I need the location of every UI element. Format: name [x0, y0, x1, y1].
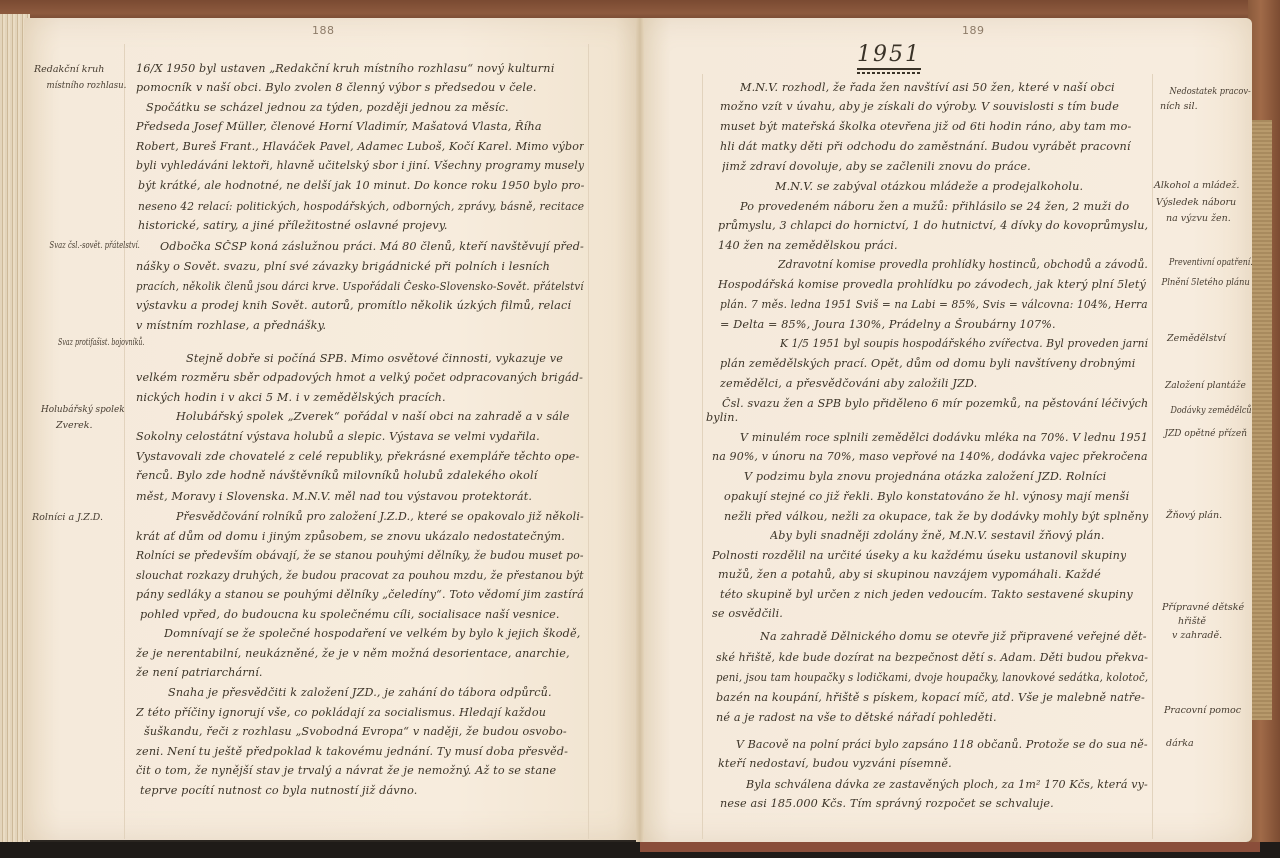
- handwritten-line: = Delta = 85%, Joura 130%, Prádelny a Šr…: [720, 318, 1056, 331]
- margin-note: na výzvu žen.: [1166, 213, 1231, 224]
- handwritten-line: M.N.V. rozhodl, že řada žen navštíví asi…: [740, 81, 1115, 94]
- margin-note: Plnění 5letého plánu: [1162, 277, 1250, 288]
- margin-note: Svaz čsl.-sovět. přátelství.: [50, 240, 140, 251]
- handwritten-line: kteří nedostaví, budou vyzváni písemně.: [718, 757, 952, 770]
- left-margin-rule: [124, 44, 125, 839]
- year-heading: 1951: [857, 42, 921, 70]
- margin-note: hřiště: [1178, 616, 1206, 627]
- handwritten-line: Z této příčiny ignorují vše, co pokládaj…: [136, 706, 546, 719]
- handwritten-line: Hospodářská komise provedla prohlídku po…: [718, 278, 1146, 291]
- margin-note: Rolníci a J.Z.D.: [32, 512, 103, 523]
- handwritten-line: Holubářský spolek „Zverek“ pořádal v naš…: [176, 410, 570, 423]
- margin-note: dárka: [1166, 738, 1194, 749]
- handwritten-line: neseno 42 relací: politických, hospodářs…: [138, 200, 584, 213]
- margin-note: Holubářský spolek: [41, 404, 125, 415]
- handwritten-line: šuškandu, řeči z rozhlasu „Svobodná Evro…: [144, 725, 567, 738]
- handwritten-line: mužů, žen a potahů, aby si skupinou navz…: [718, 568, 1101, 581]
- margin-note: v zahradě.: [1172, 630, 1222, 641]
- handwritten-line: Odbočka SČSP koná záslužnou práci. Má 80…: [160, 240, 584, 253]
- handwritten-line: Robert, Bureš Frant., Hlaváček Pavel, Ad…: [136, 140, 584, 153]
- margin-note: Alkohol a mládež.: [1154, 180, 1239, 191]
- handwritten-line: Přesvědčování rolníků pro založení J.Z.D…: [176, 510, 584, 523]
- handwritten-line: M.N.V. se zabýval otázkou mládeže a prod…: [775, 180, 1083, 193]
- margin-note: Založení plantáže: [1165, 380, 1246, 391]
- handwritten-line: pohled vpřed, do budoucna ku společnému …: [140, 608, 560, 621]
- handwritten-line: nese asi 185.000 Kčs. Tím správný rozpoč…: [720, 797, 1054, 810]
- right-left-rule: [702, 74, 703, 839]
- margin-note: Zemědělství: [1167, 333, 1226, 344]
- margin-note: Redakční kruh: [34, 64, 104, 75]
- handwritten-line: průmyslu, 3 chlapci do hornictví, 1 do h…: [718, 219, 1148, 232]
- handwritten-line: možno vzít v úvahu, aby je získali do vý…: [720, 100, 1119, 113]
- handwritten-line: historické, satiry, a jiné příležitostné…: [138, 219, 448, 232]
- handwritten-line: Na zahradě Dělnického domu se otevře již…: [760, 630, 1147, 643]
- handwritten-line: 140 žen na zemědělskou práci.: [718, 239, 898, 252]
- handwritten-line: krát ať dům od domu i jiným způsobem, se…: [136, 530, 565, 543]
- handwritten-line: že není patriarchární.: [136, 666, 263, 679]
- handwritten-line: řenců. Bylo zde hodně návštěvníků milovn…: [136, 469, 538, 482]
- handwritten-line: Vystavovali zde chovatelé z celé republi…: [136, 450, 579, 463]
- right-margin-rule: [1152, 74, 1153, 839]
- margin-note: Žňový plán.: [1166, 510, 1222, 521]
- handwritten-line: V podzimu byla znovu projednána otázka z…: [744, 470, 1106, 483]
- handwritten-line: V minulém roce splnili zemědělci dodávku…: [740, 431, 1148, 444]
- handwritten-line: byli vyhledáváni lektoři, hlavně učitels…: [136, 159, 584, 172]
- handwritten-line: nežli před válkou, nežli za okupace, tak…: [724, 510, 1148, 523]
- handwritten-line: Polnosti rozdělil na určité úseky a ku k…: [712, 549, 1126, 562]
- margin-note: Preventivní opatření.: [1169, 257, 1253, 268]
- margin-note: JZD opětné přízeň: [1164, 428, 1246, 439]
- handwritten-line: této skupině byl určen z nich jeden vedo…: [720, 588, 1133, 601]
- handwritten-line: plán zemědělských prací. Opět, dům od do…: [720, 357, 1136, 370]
- margin-note: Zverek.: [56, 420, 93, 431]
- handwritten-line: né a je radost na vše to dětské nářadí p…: [716, 711, 997, 724]
- handwritten-line: Aby byli snadněji zdolány žně, M.N.V. se…: [770, 529, 1105, 542]
- handwritten-line: bylin.: [706, 411, 738, 424]
- page-number-right: 189: [962, 24, 985, 37]
- handwritten-line: že je nerentabilní, neukázněné, že je v …: [136, 647, 570, 660]
- margin-note: Pracovní pomoc: [1164, 705, 1241, 716]
- handwritten-line: Čsl. svazu žen a SPB bylo přiděleno 6 mí…: [722, 397, 1148, 410]
- handwritten-line: Zdravotní komise provedla prohlídky host…: [778, 258, 1148, 271]
- handwritten-line: na 90%, v únoru na 70%, maso vepřové na …: [712, 450, 1148, 463]
- handwritten-line: Spočátku se scházel jednou za týden, poz…: [146, 101, 509, 114]
- handwritten-line: v místním rozhlase, a přednášky.: [136, 319, 326, 332]
- handwritten-line: peni, jsou tam houpačky s lodičkami, dvo…: [716, 671, 1148, 684]
- handwritten-line: K 1/5 1951 byl soupis hospodářského zvíř…: [780, 337, 1148, 350]
- handwritten-line: Sokolny celostátní výstava holubů a slep…: [136, 430, 540, 443]
- handwritten-line: plán. 7 měs. ledna 1951 Sviš = na Labi =…: [720, 298, 1148, 311]
- margin-note: Nedostatek pracov-: [1170, 86, 1251, 97]
- book-cover-bottom: [0, 842, 1280, 858]
- handwritten-line: pány sedláky a stanou se pouhými dělníky…: [136, 588, 584, 601]
- book-cover-right: [1248, 0, 1280, 858]
- cloth-binding: [1250, 120, 1272, 720]
- handwritten-line: čit o tom, že nynější stav je trvalý a n…: [136, 764, 556, 777]
- handwritten-line: teprve pocítí nutnost co byla nutností j…: [140, 784, 418, 797]
- handwritten-line: 16/X 1950 byl ustaven „Redakční kruh mís…: [136, 62, 554, 75]
- handwritten-line: zemědělci, a přesvědčováni aby založili …: [720, 377, 977, 390]
- margin-note: místního rozhlasu.: [46, 80, 126, 91]
- handwritten-line: pomocník v naší obci. Bylo zvolen 8 člen…: [136, 81, 537, 94]
- margin-note: Přípravné dětské: [1162, 602, 1244, 613]
- book-gutter: [636, 18, 644, 842]
- handwritten-line: ské hřiště, kde bude dozírat na bezpečno…: [716, 651, 1148, 664]
- handwritten-line: Byla schválena dávka ze zastavěných ploc…: [746, 778, 1148, 791]
- handwritten-line: bazén na koupání, hřiště s pískem, kopac…: [716, 691, 1145, 704]
- handwritten-line: jimž zdraví dovoluje, aby se začlenili z…: [722, 160, 1031, 173]
- handwritten-line: nických hodin i v akci 5 M. i v zeměděls…: [136, 391, 446, 404]
- handwritten-line: se osvědčili.: [712, 607, 783, 620]
- handwritten-line: opakují stejné co již řekli. Bylo konsta…: [724, 490, 1129, 503]
- handwritten-line: Rolníci se především obávají, že se stan…: [136, 549, 584, 562]
- margin-note: ních sil.: [1160, 101, 1198, 112]
- handwritten-line: nášky o Sovět. svazu, plní své závazky b…: [136, 260, 550, 273]
- margin-note: Výsledek náboru: [1156, 197, 1236, 208]
- handwritten-line: slouchat rozkazy druhých, že budou praco…: [136, 569, 584, 582]
- handwritten-line: měst, Moravy i Slovenska. M.N.V. měl nad…: [136, 490, 532, 503]
- handwritten-line: být krátké, ale hodnotné, ne delší jak 1…: [138, 179, 584, 192]
- handwritten-line: V Bacově na polní práci bylo zapsáno 118…: [736, 738, 1148, 751]
- margin-note: Svaz protifašist. bojovníků.: [58, 337, 144, 348]
- handwritten-line: Po provedeném náboru žen a mužů: přihlás…: [740, 200, 1129, 213]
- handwritten-line: Domnívají se že společné hospodaření ve …: [164, 627, 580, 640]
- handwritten-line: Snaha je přesvědčiti k založení JZD., je…: [168, 686, 552, 699]
- page-number-left: 188: [312, 24, 335, 37]
- handwritten-line: výstavku a prodej knih Sovět. autorů, pr…: [136, 299, 571, 312]
- handwritten-line: Stejně dobře si počíná SPB. Mimo osvětov…: [186, 352, 563, 365]
- handwritten-line: zeni. Není tu ještě předpoklad k takovém…: [136, 745, 568, 758]
- handwritten-line: velkém rozměru sběr odpadových hmot a ve…: [136, 371, 583, 384]
- margin-note: Dodávky zemědělců: [1170, 405, 1251, 416]
- handwritten-line: muset být mateřská školka otevřena již o…: [720, 120, 1131, 133]
- left-right-rule: [588, 44, 589, 839]
- handwritten-line: Předseda Josef Müller, členové Horní Vla…: [136, 120, 542, 133]
- handwritten-line: pracích, několik členů jsou dárci krve. …: [136, 280, 584, 293]
- handwritten-line: hli dát matky děti při odchodu do zaměst…: [720, 140, 1131, 153]
